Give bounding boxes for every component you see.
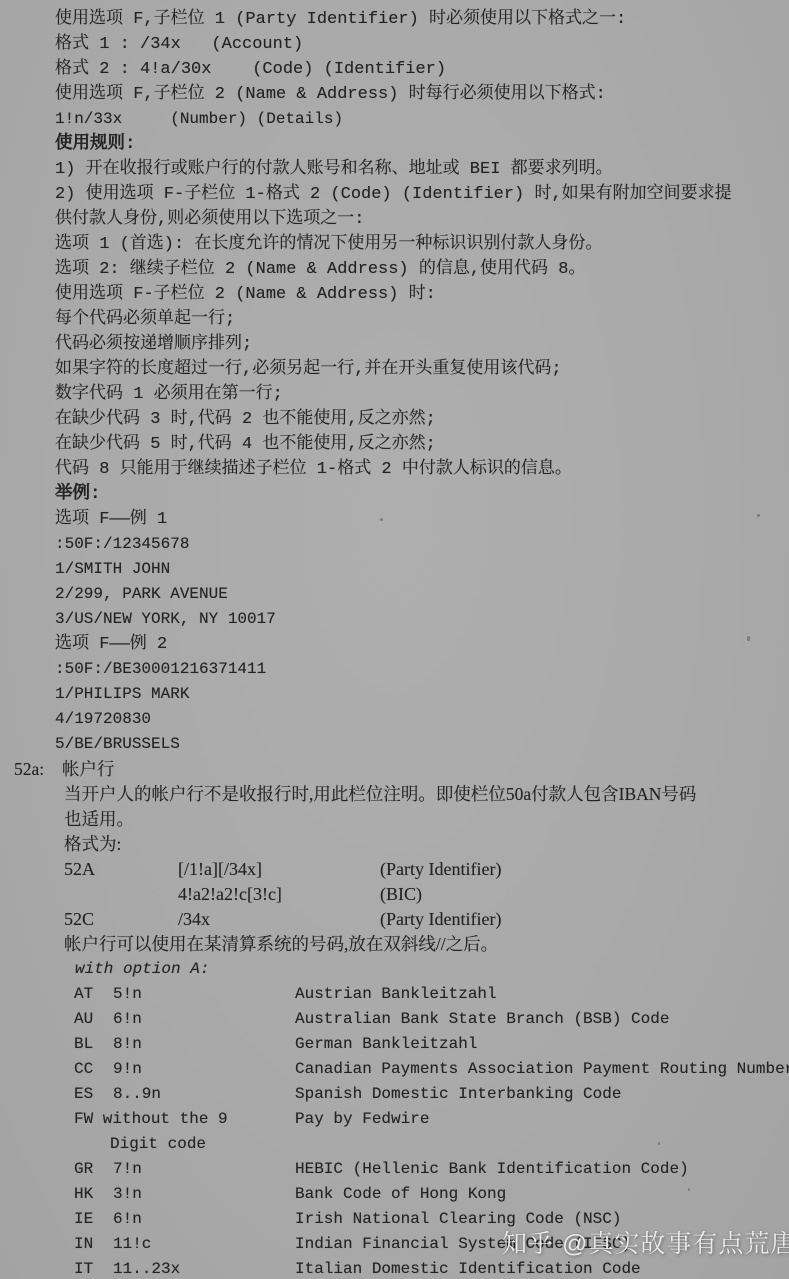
doc-line: FW without the 9Pay by Fedwire [0, 1107, 789, 1132]
doc-text-segment: IT [74, 1257, 93, 1279]
doc-text-segment: Pay by Fedwire [295, 1107, 429, 1132]
doc-text-segment: AT [74, 982, 93, 1007]
doc-line: 在缺少代码 3 时,代码 2 也不能使用,反之亦然; [0, 407, 789, 432]
doc-text-segment: (BIC) [380, 882, 422, 907]
doc-line: 1!n/33x (Number) (Details) [0, 107, 789, 132]
doc-line: 帐户行可以使用在某清算系统的号码,放在双斜线//之后。 [0, 932, 789, 957]
doc-text-segment: 9!n [113, 1057, 142, 1082]
doc-text-segment: 52A [64, 857, 95, 882]
doc-line: 选项 F——例 2 [0, 632, 789, 657]
doc-line: 选项 1 (首选): 在长度允许的情况下使用另一种标识识别付款人身份。 [0, 232, 789, 257]
doc-line: ES8..9nSpanish Domestic Interbanking Cod… [0, 1082, 789, 1107]
doc-line: AU6!nAustralian Bank State Branch (BSB) … [0, 1007, 789, 1032]
scan-speck [380, 518, 383, 521]
doc-text-segment: Australian Bank State Branch (BSB) Code [295, 1007, 669, 1032]
doc-line: 举例: [0, 482, 789, 507]
doc-line: BL8!nGerman Bankleitzahl [0, 1032, 789, 1057]
doc-text-segment: IE [74, 1207, 93, 1232]
doc-text-segment: /34x [178, 907, 210, 932]
doc-line: 格式为: [0, 832, 789, 857]
doc-line: 52C/34x(Party Identifier) [0, 907, 789, 932]
document-text-block: 使用选项 F,子栏位 1 (Party Identifier) 时必须使用以下格… [0, 0, 789, 1279]
doc-line: with option A: [0, 957, 789, 982]
doc-text-segment: BL [74, 1032, 93, 1057]
doc-line: 选项 F——例 1 [0, 507, 789, 532]
doc-line: 每个代码必须单起一行; [0, 307, 789, 332]
doc-line: :50F:/BE30001216371411 [0, 657, 789, 682]
doc-line: 如果字符的长度超过一行,必须另起一行,并在开头重复使用该代码; [0, 357, 789, 382]
doc-line: 1) 开在收报行或账户行的付款人账号和名称、地址或 BEI 都要求列明。 [0, 157, 789, 182]
doc-line: 使用选项 F-子栏位 2 (Name & Address) 时: [0, 282, 789, 307]
doc-text-segment: 3!n [113, 1182, 142, 1207]
scan-speck [688, 1188, 690, 1191]
doc-text-segment: 11..23x [113, 1257, 180, 1279]
doc-text-segment: German Bankleitzahl [295, 1032, 477, 1057]
doc-line: 代码必须按递增顺序排列; [0, 332, 789, 357]
doc-line: 也适用。 [0, 807, 789, 832]
doc-line: GR7!nHEBIC (Hellenic Bank Identification… [0, 1157, 789, 1182]
doc-text-segment: 52C [64, 907, 94, 932]
doc-text-segment: 4!a2!a2!c[3!c] [178, 882, 282, 907]
doc-text-segment: Spanish Domestic Interbanking Code [295, 1082, 621, 1107]
doc-line: 4/19720830 [0, 707, 789, 732]
doc-line: HK3!nBank Code of Hong Kong [0, 1182, 789, 1207]
doc-text-segment: IN [74, 1232, 93, 1257]
doc-line: 供付款人身份,则必须使用以下选项之一: [0, 207, 789, 232]
scan-speck [747, 636, 750, 641]
doc-text-segment: Canadian Payments Association Payment Ro… [295, 1057, 789, 1082]
doc-text-segment: FW without the 9 [74, 1107, 228, 1132]
doc-line: 代码 8 只能用于继续描述子栏位 1-格式 2 中付款人标识的信息。 [0, 457, 789, 482]
doc-line: 2/299, PARK AVENUE [0, 582, 789, 607]
scanned-document-page: 使用选项 F,子栏位 1 (Party Identifier) 时必须使用以下格… [0, 0, 789, 1279]
doc-text-segment: 11!c [113, 1232, 151, 1257]
doc-line: 2) 使用选项 F-子栏位 1-格式 2 (Code) (Identifier)… [0, 182, 789, 207]
scan-speck [658, 1142, 660, 1145]
doc-text-segment: CC [74, 1057, 93, 1082]
doc-text-segment: GR [74, 1157, 93, 1182]
doc-line: 使用选项 F,子栏位 2 (Name & Address) 时每行必须使用以下格… [0, 82, 789, 107]
doc-line: AT5!nAustrian Bankleitzahl [0, 982, 789, 1007]
doc-line: 格式 2 : 4!a/30x (Code) (Identifier) [0, 57, 789, 82]
doc-line: 选项 2: 继续子栏位 2 (Name & Address) 的信息,使用代码 … [0, 257, 789, 282]
doc-text-segment: Austrian Bankleitzahl [295, 982, 497, 1007]
doc-line: 4!a2!a2!c[3!c](BIC) [0, 882, 789, 907]
doc-text-segment: [/1!a][/34x] [178, 857, 262, 882]
doc-text-segment: 5!n [113, 982, 142, 1007]
doc-text-segment: (Party Identifier) [380, 907, 501, 932]
doc-text-segment: 6!n [113, 1207, 142, 1232]
watermark-text: 知乎 @真实故事有点荒唐 [502, 1224, 789, 1260]
doc-text-segment: 8..9n [113, 1082, 161, 1107]
doc-text-segment: Italian Domestic Identification Code [295, 1257, 641, 1279]
doc-text-segment: 6!n [113, 1007, 142, 1032]
doc-line: 数字代码 1 必须用在第一行; [0, 382, 789, 407]
doc-line: 格式 1 : /34x (Account) [0, 32, 789, 57]
doc-line: 1/PHILIPS MARK [0, 682, 789, 707]
doc-text-segment: HK [74, 1182, 93, 1207]
doc-line: Digit code [0, 1132, 789, 1157]
doc-line: 3/US/NEW YORK, NY 10017 [0, 607, 789, 632]
doc-text-segment: ES [74, 1082, 93, 1107]
doc-text-segment: 帐户行 [62, 757, 115, 782]
doc-line: 1/SMITH JOHN [0, 557, 789, 582]
doc-text-segment: AU [74, 1007, 93, 1032]
doc-text-segment: 52a: [14, 757, 44, 782]
doc-line: 在缺少代码 5 时,代码 4 也不能使用,反之亦然; [0, 432, 789, 457]
doc-line: CC9!nCanadian Payments Association Payme… [0, 1057, 789, 1082]
doc-line: 当开户人的帐户行不是收报行时,用此栏位注明。即使栏位50a付款人包含IBAN号码 [0, 782, 789, 807]
doc-text-segment: (Party Identifier) [380, 857, 501, 882]
doc-line: 使用规则: [0, 132, 789, 157]
doc-line: :50F:/12345678 [0, 532, 789, 557]
scan-speck [757, 514, 760, 517]
doc-line: 52A[/1!a][/34x](Party Identifier) [0, 857, 789, 882]
doc-line: 52a:帐户行 [0, 757, 789, 782]
doc-line: IT11..23xItalian Domestic Identification… [0, 1257, 789, 1279]
doc-text-segment: HEBIC (Hellenic Bank Identification Code… [295, 1157, 689, 1182]
doc-line: 使用选项 F,子栏位 1 (Party Identifier) 时必须使用以下格… [0, 7, 789, 32]
doc-line: 5/BE/BRUSSELS [0, 732, 789, 757]
doc-text-segment: Bank Code of Hong Kong [295, 1182, 506, 1207]
doc-text-segment: 7!n [113, 1157, 142, 1182]
doc-text-segment: 8!n [113, 1032, 142, 1057]
